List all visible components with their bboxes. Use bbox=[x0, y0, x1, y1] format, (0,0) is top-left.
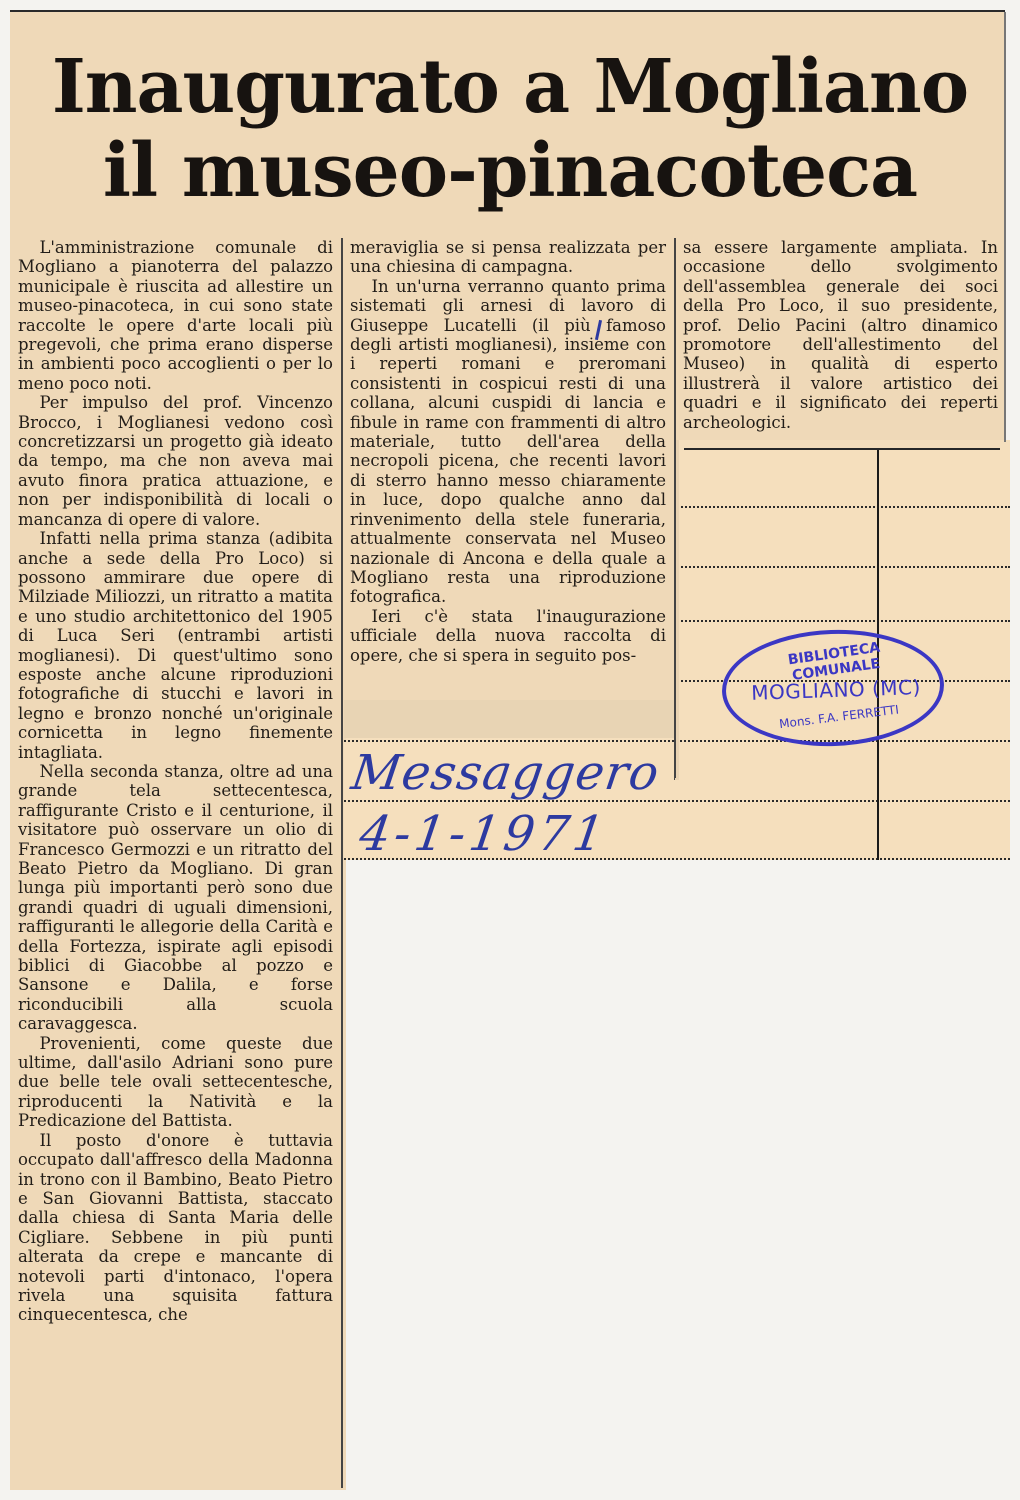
paragraph: In un'urna verranno quanto prima sistema… bbox=[350, 277, 666, 607]
paragraph: Provenienti, come queste due ultime, dal… bbox=[18, 1034, 333, 1131]
column-rule bbox=[674, 238, 676, 778]
paragraph: L'amministrazione comunale di Mogliano a… bbox=[18, 238, 333, 393]
article-column-3: sa essere largamente ampliata. In occasi… bbox=[683, 238, 998, 432]
card-vertical-rule bbox=[877, 740, 879, 860]
paragraph: Ieri c'è stata l'inaugurazione ufficiale… bbox=[350, 607, 666, 665]
paragraph: Il posto d'onore è tuttavia occupato dal… bbox=[18, 1131, 333, 1325]
paragraph: sa essere largamente ampliata. In occasi… bbox=[683, 238, 998, 432]
headline: Inaugurato a Mogliano il museo-pinacotec… bbox=[0, 46, 1020, 214]
paragraph: Nella seconda stanza, oltre ad una grand… bbox=[18, 762, 333, 1034]
stamp-line-3: Mons. F.A. FERRETTI bbox=[751, 699, 927, 734]
article-column-2: meraviglia se si pensa realizzata per un… bbox=[350, 238, 666, 665]
paragraph: Per impulso del prof. Vincenzo Brocco, i… bbox=[18, 393, 333, 529]
article-column-1: L'amministrazione comunale di Mogliano a… bbox=[18, 238, 333, 1325]
card-top-rule bbox=[684, 448, 1000, 450]
dotted-line bbox=[674, 566, 1010, 568]
paragraph: Infatti nella prima stanza (adibita anch… bbox=[18, 529, 333, 762]
dotted-line bbox=[674, 620, 1010, 622]
column-rule bbox=[341, 238, 343, 1488]
clipping-torn-strip bbox=[344, 700, 674, 738]
dotted-line bbox=[674, 506, 1010, 508]
blank-paper bbox=[346, 862, 1010, 1500]
headline-line-1: Inaugurato a Mogliano bbox=[10, 46, 1010, 128]
handwritten-date: 4-1-1971 bbox=[356, 806, 612, 862]
paragraph: meraviglia se si pensa realizzata per un… bbox=[350, 238, 666, 277]
handwritten-source: Messaggero bbox=[348, 745, 663, 801]
headline-line-2: il museo-pinacoteca bbox=[0, 128, 1020, 214]
